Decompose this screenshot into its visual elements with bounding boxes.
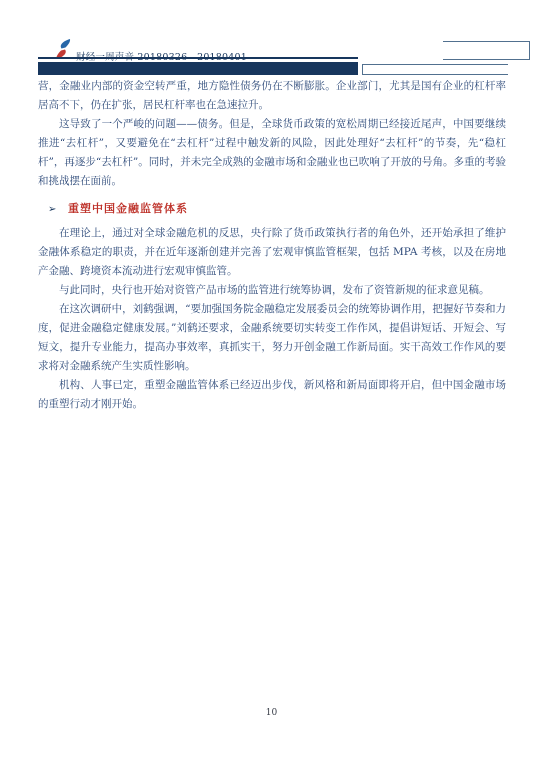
header-navy-bar xyxy=(38,62,358,75)
body-paragraph: 机构、人事已定，重塑金融监管体系已经迈出步伐，新风格和新局面即将开启，但中国金融… xyxy=(38,376,506,414)
decor-box-right xyxy=(362,64,508,75)
decor-box-top-right xyxy=(443,41,530,60)
document-page: { "header": { "title": "财经一周声音 20180326—… xyxy=(0,0,543,768)
body-paragraph: 在理论上，通过对全球金融危机的反思，央行除了货币政策执行者的角色外，还开始承担了… xyxy=(38,224,506,281)
page-number: 10 xyxy=(0,708,543,718)
section-heading-row: ➢ 重塑中国金融监管体系 xyxy=(38,199,506,219)
document-body: 营，金融业内部的资金空转严重，地方隐性债务仍在不断膨胀。企业部门，尤其是国有企业… xyxy=(38,77,506,415)
section-heading: 重塑中国金融监管体系 xyxy=(68,199,188,218)
body-paragraph-continuation: 营，金融业内部的资金空转严重，地方隐性债务仍在不断膨胀。企业部门，尤其是国有企业… xyxy=(38,77,506,115)
body-paragraph: 在这次调研中，刘鹤强调，“要加强国务院金融稳定发展委员会的统筹协调作用，把握好节… xyxy=(38,300,506,376)
page-header: 财经一周声音 20180326—20180401 xyxy=(0,0,543,80)
body-paragraph: 这导致了一个严峻的问题——债务。但是，全球货币政策的宽松周期已经接近尾声，中国要… xyxy=(38,115,506,191)
report-title: 财经一周声音 20180326—20180401 xyxy=(76,49,247,63)
arrow-bullet-icon: ➢ xyxy=(48,200,68,219)
body-paragraph: 与此同时，央行也开始对资管产品市场的监管进行统筹协调，发布了资管新规的征求意见稿… xyxy=(38,281,506,300)
header-rule-line xyxy=(38,57,358,59)
